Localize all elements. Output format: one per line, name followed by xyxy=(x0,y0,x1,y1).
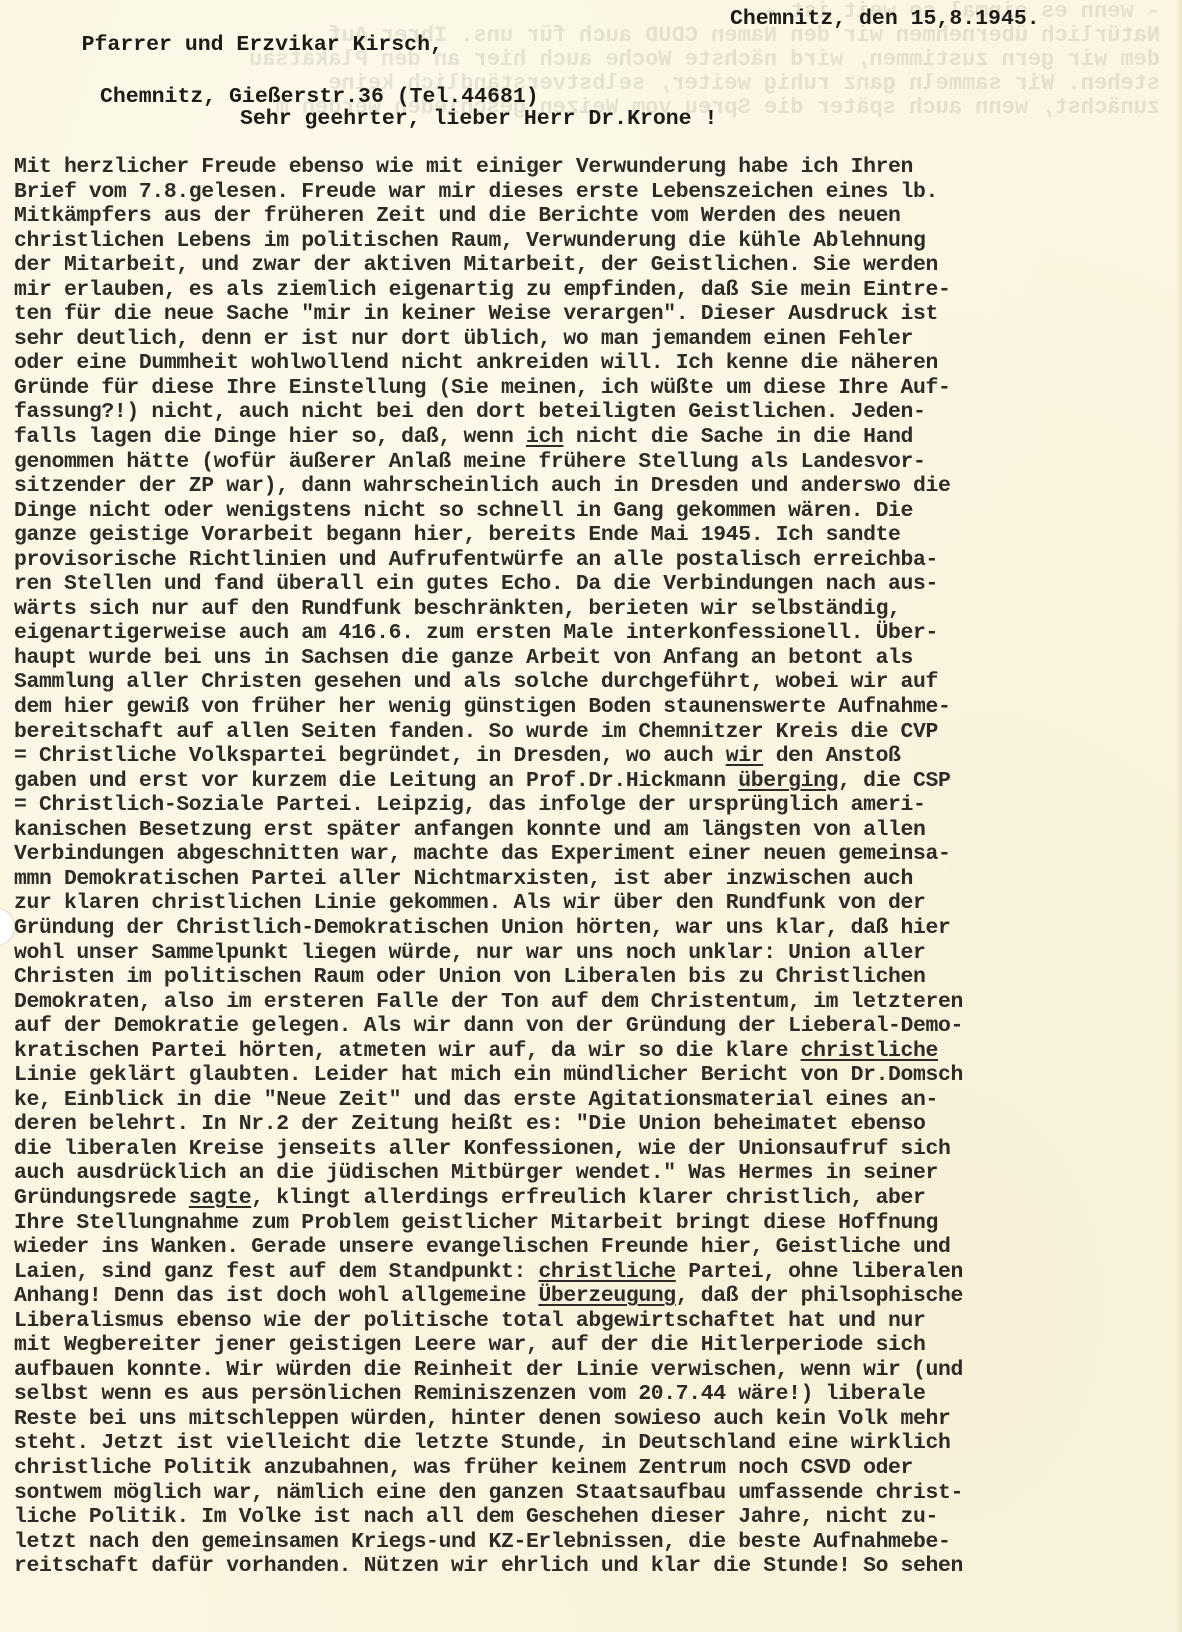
body-line: Gründungsrede sagte, klingt allerdings e… xyxy=(14,1186,1182,1211)
body-line: gaben und erst vor kurzem die Leitung an… xyxy=(14,769,1182,794)
body-line: zur klaren christlichen Linie gekommen. … xyxy=(14,891,1182,916)
place-date: Chemnitz, den 15,8.1945. xyxy=(730,6,1040,32)
body-line: Ihre Stellungnahme zum Problem geistlich… xyxy=(14,1211,1182,1236)
sender-name: Pfarrer und Erzvikar Kirsch, xyxy=(82,33,443,57)
body-line: = Christliche Volkspartei begründet, in … xyxy=(14,744,1182,769)
body-line: wohl unser Sammelpunkt liegen würde, nur… xyxy=(14,941,1182,966)
body-line: sontwem möglich war, nämlich eine den ga… xyxy=(14,1481,1182,1506)
body-line: auf der Demokratie gelegen. Als wir dann… xyxy=(14,1014,1182,1039)
body-line: Christen im politischen Raum oder Union … xyxy=(14,965,1182,990)
underlined-word: wir xyxy=(726,744,763,768)
body-line: die liberalen Kreise jenseits aller Konf… xyxy=(14,1137,1182,1162)
body-line: mit Wegbereiter jener geistigen Leere wa… xyxy=(14,1333,1182,1358)
bleed-line: dem wir gern zustimmen, wird nächste Woc… xyxy=(560,48,1160,72)
body-line: Laien, sind ganz fest auf dem Standpunkt… xyxy=(14,1260,1182,1285)
body-line: liche Politik. Im Volke ist nach all dem… xyxy=(14,1505,1182,1530)
body-line: Reste bei uns mitschleppen würden, hinte… xyxy=(14,1407,1182,1432)
body-line: Dinge nicht oder wenigstens nicht so sch… xyxy=(14,499,1182,524)
body-line: der Mitarbeit, und zwar der aktiven Mita… xyxy=(14,253,1182,278)
paper-edge xyxy=(1176,0,1182,1632)
body-line: ten für die neue Sache "mir in keiner We… xyxy=(14,302,1182,327)
underlined-word: sagte xyxy=(189,1186,251,1210)
body-line: ganze geistige Vorarbeit begann hier, be… xyxy=(14,523,1182,548)
body-line: Mitkämpfers aus der früheren Zeit und di… xyxy=(14,204,1182,229)
body-line: Anhang! Denn das ist doch wohl allgemein… xyxy=(14,1284,1182,1309)
body-line: mmn Demokratischen Partei aller Nichtmar… xyxy=(14,867,1182,892)
body-line: oder eine Dummheit wohlwollend nicht ank… xyxy=(14,351,1182,376)
body-line: eigenartigerweise auch am 416.6. zum ers… xyxy=(14,621,1182,646)
body-line: sitzender der ZP war), dann wahrscheinli… xyxy=(14,474,1182,499)
body-line: Demokraten, also im ersteren Falle der T… xyxy=(14,990,1182,1015)
body-line: christliche Politik anzubahnen, was früh… xyxy=(14,1456,1182,1481)
underlined-word: christliche xyxy=(801,1039,938,1063)
body-line: ke, Einblick in die "Neue Zeit" und das … xyxy=(14,1088,1182,1113)
letter-body: Mit herzlicher Freude ebenso wie mit ein… xyxy=(14,155,1182,1579)
body-line: Sammlung aller Christen gesehen und als … xyxy=(14,670,1182,695)
body-line: mir erlauben, es als ziemlich eigenartig… xyxy=(14,278,1182,303)
body-line: auch ausdrücklich an die jüdischen Mitbü… xyxy=(14,1161,1182,1186)
underlined-word: Überzeugung xyxy=(538,1284,675,1308)
body-line: aufbauen konnte. Wir würden die Reinheit… xyxy=(14,1358,1182,1383)
body-line: falls lagen die Dinge hier so, daß, wenn… xyxy=(14,425,1182,450)
underlined-word: überging xyxy=(738,769,838,793)
body-line: Mit herzlicher Freude ebenso wie mit ein… xyxy=(14,155,1182,180)
body-line: provisorische Richtlinien und Aufrufentw… xyxy=(14,548,1182,573)
sender-block: Pfarrer und Erzvikar Kirsch, Chemnitz, G… xyxy=(30,6,539,162)
body-line: bereitschaft auf allen Seiten fanden. So… xyxy=(14,720,1182,745)
body-line: selbst wenn es aus persönlichen Reminisz… xyxy=(14,1382,1182,1407)
salutation: Sehr geehrter, lieber Herr Dr.Krone ! xyxy=(240,107,717,131)
body-line: Liberalismus ebenso wie der politische t… xyxy=(14,1309,1182,1334)
body-line: = Christlich-Soziale Partei. Leipzig, da… xyxy=(14,793,1182,818)
letter-page: - wenn es einmal so weit ist -Natürlich … xyxy=(0,0,1182,1632)
body-line: sehr deutlich, denn er ist nur dort übli… xyxy=(14,327,1182,352)
body-line: steht. Jetzt ist vielleicht die letzte S… xyxy=(14,1431,1182,1456)
body-line: dem hier gewiß von früher her wenig güns… xyxy=(14,695,1182,720)
body-line: Gründung der Christlich-Demokratischen U… xyxy=(14,916,1182,941)
bleed-line: stehen. Wir sammeln ganz ruhig weiter, s… xyxy=(560,72,1160,96)
body-line: Verbindungen abgeschnitten war, machte d… xyxy=(14,842,1182,867)
body-line: kratischen Partei hörten, atmeten wir au… xyxy=(14,1039,1182,1064)
body-line: letzt nach den gemeinsamen Kriegs-und KZ… xyxy=(14,1530,1182,1555)
body-line: Brief vom 7.8.gelesen. Freude war mir di… xyxy=(14,180,1182,205)
punch-hole xyxy=(0,909,14,945)
body-line: wärts sich nur auf den Rundfunk beschrän… xyxy=(14,597,1182,622)
body-line: ren Stellen und fand überall ein gutes E… xyxy=(14,572,1182,597)
underlined-word: christliche xyxy=(538,1260,675,1284)
body-line: haupt wurde bei uns in Sachsen die ganze… xyxy=(14,646,1182,671)
body-line: Gründe für diese Ihre Einstellung (Sie m… xyxy=(14,376,1182,401)
body-line: deren belehrt. In Nr.2 der Zeitung heißt… xyxy=(14,1112,1182,1137)
body-line: kanischen Besetzung erst später anfangen… xyxy=(14,818,1182,843)
body-line: reitschaft dafür vorhanden. Nützen wir e… xyxy=(14,1554,1182,1579)
body-line: fassung?!) nicht, auch nicht bei den dor… xyxy=(14,400,1182,425)
underlined-word: ich xyxy=(526,425,563,449)
body-line: christlichen Lebens im politischen Raum,… xyxy=(14,229,1182,254)
body-line: Linie geklärt glaubten. Leider hat mich … xyxy=(14,1063,1182,1088)
body-line: genommen hätte (wofür äußerer Anlaß mein… xyxy=(14,450,1182,475)
body-line: wieder ins Wanken. Gerade unsere evangel… xyxy=(14,1235,1182,1260)
